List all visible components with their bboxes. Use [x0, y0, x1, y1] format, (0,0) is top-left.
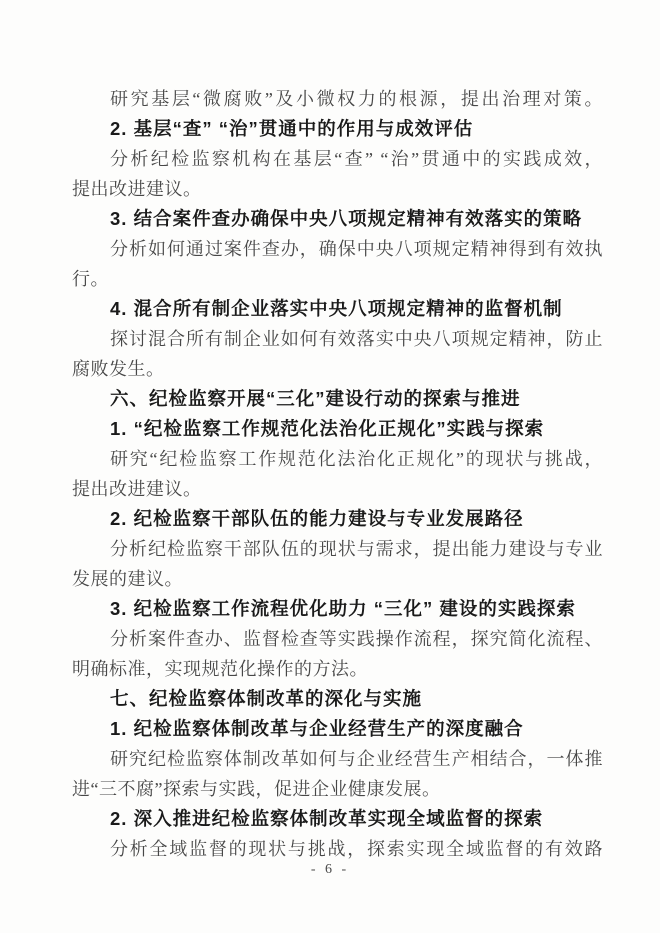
document-page: 研究基层“微腐败”及小微权力的根源，提出治理对策。 2. 基层“查” “治”贯通…: [0, 0, 660, 933]
body-line: 提出改进建议。: [72, 474, 603, 504]
body-line: 研究“纪检监察工作规范化法治化正规化”的现状与挑战，: [72, 444, 603, 474]
topic-heading: 2. 深入推进纪检监察体制改革实现全域监督的探索: [72, 804, 603, 834]
topic-heading: 1. 纪检监察体制改革与企业经营生产的深度融合: [72, 714, 603, 744]
section-heading: 七、纪检监察体制改革的深化与实施: [72, 684, 603, 714]
body-line: 分析全域监督的现状与挑战，探索实现全域监督的有效路径。: [72, 834, 603, 864]
topic-heading: 2. 基层“查” “治”贯通中的作用与成效评估: [72, 114, 603, 144]
topic-heading: 1. “纪检监察工作规范化法治化正规化”实践与探索: [72, 414, 603, 444]
body-line: 分析纪检监察干部队伍的现状与需求，提出能力建设与专业: [72, 534, 603, 564]
body-line: 研究纪检监察体制改革如何与企业经营生产相结合，一体推: [72, 744, 603, 774]
body-line: 明确标准，实现规范化操作的方法。: [72, 654, 603, 684]
body-line: 腐败发生。: [72, 354, 603, 384]
topic-heading: 3. 结合案件查办确保中央八项规定精神有效落实的策略: [72, 204, 603, 234]
body-line: 分析如何通过案件查办，确保中央八项规定精神得到有效执: [72, 234, 603, 264]
body-line: 分析纪检监察机构在基层“查” “治”贯通中的实践成效，: [72, 144, 603, 174]
body-line: 探讨混合所有制企业如何有效落实中央八项规定精神，防止: [72, 324, 603, 354]
page-number: - 6 -: [0, 862, 660, 878]
body-line: 提出改进建议。: [72, 174, 603, 204]
topic-heading: 3. 纪检监察工作流程优化助力 “三化” 建设的实践探索: [72, 594, 603, 624]
body-line: 行。: [72, 264, 603, 294]
section-heading: 六、纪检监察开展“三化”建设行动的探索与推进: [72, 384, 603, 414]
document-body: 研究基层“微腐败”及小微权力的根源，提出治理对策。 2. 基层“查” “治”贯通…: [72, 84, 603, 864]
body-line: 分析案件查办、监督检查等实践操作流程，探究简化流程、: [72, 624, 603, 654]
topic-heading: 4. 混合所有制企业落实中央八项规定精神的监督机制: [72, 294, 603, 324]
body-line: 研究基层“微腐败”及小微权力的根源，提出治理对策。: [72, 84, 603, 114]
body-line: 发展的建议。: [72, 564, 603, 594]
topic-heading: 2. 纪检监察干部队伍的能力建设与专业发展路径: [72, 504, 603, 534]
body-line: 进“三不腐”探索与实践，促进企业健康发展。: [72, 774, 603, 804]
